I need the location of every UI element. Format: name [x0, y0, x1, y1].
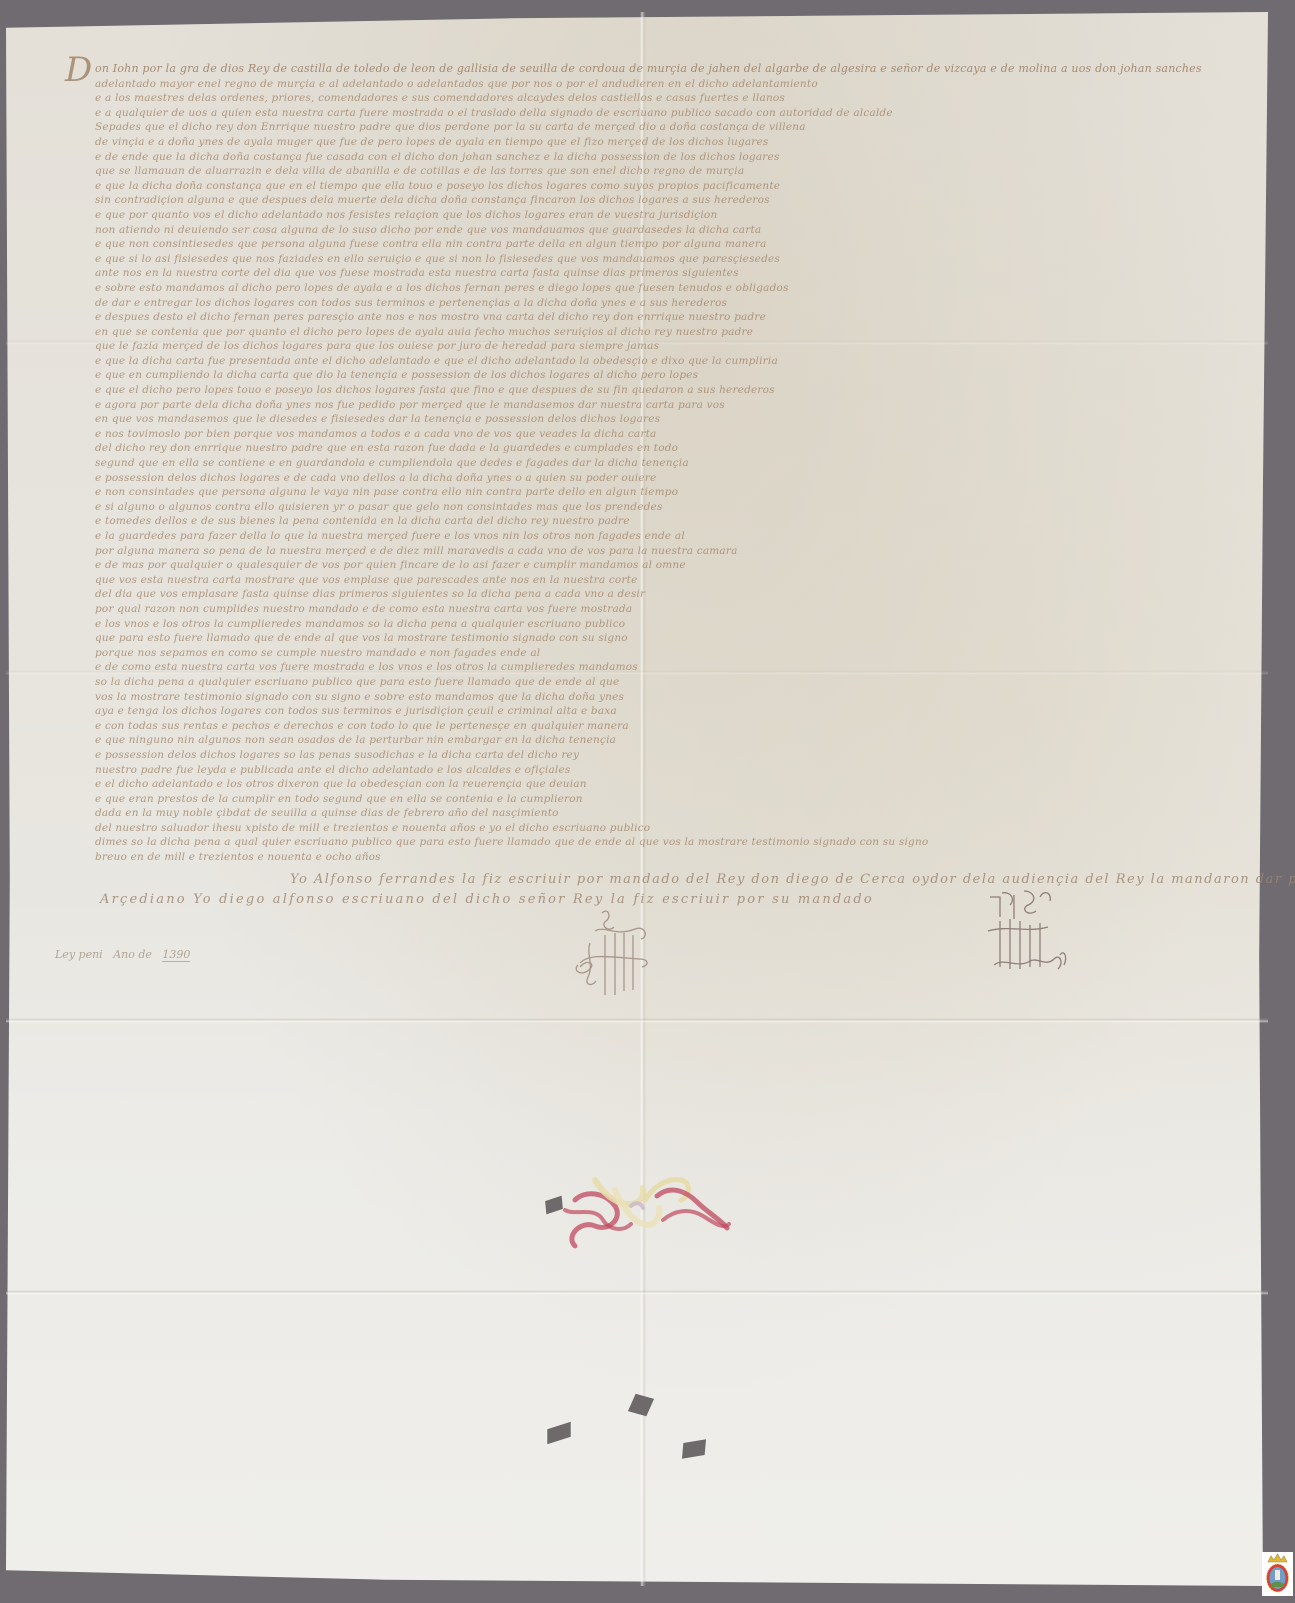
charter-text-line: de vinçia e a doña ynes de ayala muger q…: [95, 135, 1205, 150]
charter-text-line: e el dicho adelantado e los otros dixero…: [95, 777, 1205, 792]
charter-text-line: non atiendo ni deuiendo ser cosa alguna …: [95, 223, 1205, 238]
signature-line-1: Yo Alfonso ferrandes la fiz escriuir por…: [290, 872, 1295, 887]
charter-text-line: e con todas sus rentas e pechos e derech…: [95, 719, 1205, 734]
charter-text-line: segund que en ella se contiene e en guar…: [95, 456, 1205, 471]
charter-text-line: e que la dicha carta fue presentada ante…: [95, 354, 1205, 369]
charter-text-line: e que la dicha doña constança que en el …: [95, 179, 1205, 194]
charter-body-text: on Iohn por la gra de dios Rey de castil…: [95, 62, 1205, 865]
charter-text-line: que para esto fuere llamado que de ende …: [95, 631, 1205, 646]
charter-text-line: on Iohn por la gra de dios Rey de castil…: [95, 62, 1205, 77]
charter-text-line: e de mas por qualquier o qualesquier de …: [95, 558, 1205, 573]
charter-text-line: vos la mostrare testimonio signado con s…: [95, 690, 1205, 705]
charter-text-line: adelantado mayor enel regno de murçia e …: [95, 77, 1205, 92]
left-rubric-signature-icon: [560, 905, 670, 1005]
margin-note-prefix: Ley peni: [55, 948, 103, 961]
charter-text-line: que vos esta nuestra carta mostrare que …: [95, 573, 1205, 588]
charter-text-line: e non consintades que persona alguna le …: [95, 485, 1205, 500]
charter-text-line: e nos tovimoslo por bien porque vos mand…: [95, 427, 1205, 442]
charter-text-line: e tomedes dellos e de sus bienes la pena…: [95, 514, 1205, 529]
charter-text-line: en que vos mandasemos que le diesedes e …: [95, 412, 1205, 427]
charter-text-line: e que non consintiesedes que persona alg…: [95, 237, 1205, 252]
charter-text-line: e que en cumpliendo la dicha carta que d…: [95, 368, 1205, 383]
archival-margin-note: Ley peni Ano de 1390: [55, 948, 190, 961]
charter-text-line: so la dicha pena a qualquier escriuano p…: [95, 675, 1205, 690]
charter-text-line: dada en la muy noble çibdat de seuilla a…: [95, 806, 1205, 821]
charter-text-line: Sepades que el dicho rey don Enrrique nu…: [95, 120, 1205, 135]
charter-text-line: e que el dicho pero lopes touo e poseyo …: [95, 383, 1205, 398]
charter-text-line: por qual razon non cumplides nuestro man…: [95, 602, 1205, 617]
charter-text-line: e possession delos dichos logares e de c…: [95, 471, 1205, 486]
charter-text-line: e que si lo asi fisiesedes que nos fazia…: [95, 252, 1205, 267]
charter-text-line: que se llamauan de aluarrazin e dela vil…: [95, 164, 1205, 179]
charter-text-line: e a qualquier de uos a quien esta nuestr…: [95, 106, 1205, 121]
charter-text-line: porque nos sepamos en como se cumple nue…: [95, 646, 1205, 661]
margin-note-middle: Ano de: [113, 948, 152, 961]
signature-line-2: Arçediano Yo diego alfonso escriuano del…: [100, 892, 874, 907]
charter-text-line: e si alguno o algunos contra ello quisie…: [95, 500, 1205, 515]
right-rubric-signature-icon: [980, 885, 1100, 995]
charter-text-line: del dicho rey don enrrique nuestro padre…: [95, 441, 1205, 456]
seal-silk-thread: [545, 1170, 745, 1250]
charter-text-line: ante nos en la nuestra corte del dia que…: [95, 266, 1205, 281]
charter-text-line: por alguna manera so pena de la nuestra …: [95, 544, 1205, 559]
charter-text-line: e possession delos dichos logares so las…: [95, 748, 1205, 763]
charter-text-line: nuestro padre fue leyda e publicada ante…: [95, 763, 1205, 778]
charter-text-line: de dar e entregar los dichos logares con…: [95, 296, 1205, 311]
charter-text-line: e de como esta nuestra carta vos fuere m…: [95, 660, 1205, 675]
charter-text-line: dimes so la dicha pena a qual quier escr…: [95, 835, 1205, 850]
margin-note-year: 1390: [162, 948, 190, 962]
charter-text-line: sin contradiçion alguna e que despues de…: [95, 193, 1205, 208]
charter-text-line: breuo en de mill e trezientos e nouenta …: [95, 850, 1205, 865]
charter-text-line: e los vnos e los otros la cumplieredes m…: [95, 617, 1205, 632]
charter-text-line: e agora por parte dela dicha doña ynes n…: [95, 398, 1205, 413]
charter-text-line: e de ende que la dicha doña costança fue…: [95, 150, 1205, 165]
charter-text-line: en que se contenia que por quanto el dic…: [95, 325, 1205, 340]
charter-text-line: e que eran prestos de la cumplir en todo…: [95, 792, 1205, 807]
charter-text-line: e que por quanto vos el dicho adelantado…: [95, 208, 1205, 223]
decorated-initial: D: [65, 50, 92, 90]
charter-text-line: aya e tenga los dichos logares con todos…: [95, 704, 1205, 719]
charter-text-line: e la guardedes para fazer della lo que l…: [95, 529, 1205, 544]
archive-coat-of-arms-icon: [1262, 1552, 1293, 1596]
charter-text-line: del nuestro saluador ihesu xpisto de mil…: [95, 821, 1205, 836]
charter-text-line: e a los maestres delas ordenes, priores,…: [95, 91, 1205, 106]
horizontal-fold-crease: [6, 1290, 1268, 1295]
charter-text-line: que le fazia merçed de los dichos logare…: [95, 339, 1205, 354]
charter-text-line: e sobre esto mandamos al dicho pero lope…: [95, 281, 1205, 296]
charter-text-line: e despues desto el dicho fernan peres pa…: [95, 310, 1205, 325]
charter-text-line: e que ninguno nin algunos non sean osado…: [95, 733, 1205, 748]
horizontal-fold-crease: [6, 1018, 1268, 1023]
charter-text-line: del dia que vos emplasare fasta quinse d…: [95, 587, 1205, 602]
